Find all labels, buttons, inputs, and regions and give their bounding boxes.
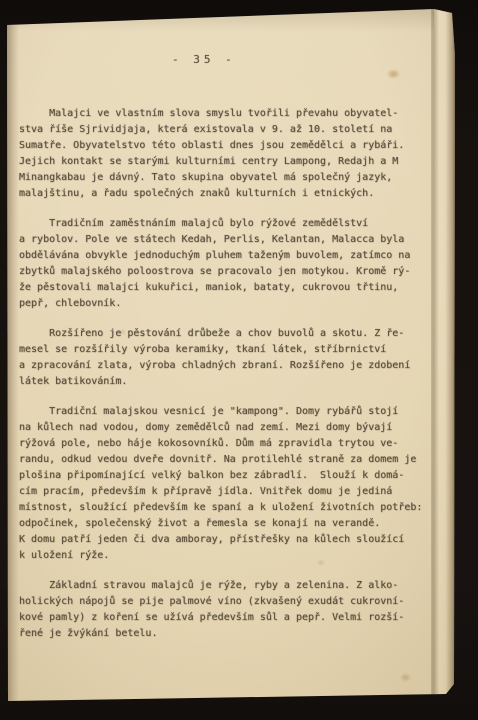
- page-top-shadow: [7, 6, 458, 32]
- paragraph-4: Tradiční malajskou vesnicí je "kampong".…: [19, 404, 441, 564]
- paragraph-1: Malajci ve vlastním slova smyslu tvořili…: [19, 106, 441, 202]
- book-page: - 35 - Malajci ve vlastním slova smyslu …: [0, 0, 478, 720]
- paper-stain: [401, 674, 410, 681]
- photo-background: - 35 - Malajci ve vlastním slova smyslu …: [0, 0, 478, 720]
- page-left-edge-shadow: [7, 20, 19, 702]
- paper-stain: [388, 70, 399, 78]
- page-number: - 35 -: [172, 53, 236, 66]
- page-text: Malajci ve vlastním slova smyslu tvořili…: [19, 106, 441, 656]
- paragraph-2: Tradičním zaměstnáním malajců bylo rýžov…: [19, 216, 441, 312]
- paragraph-3: Rozšířeno je pěstování drůbeže a chov bu…: [19, 326, 441, 390]
- paragraph-5: Základní stravou malajců je rýže, ryby a…: [19, 578, 441, 642]
